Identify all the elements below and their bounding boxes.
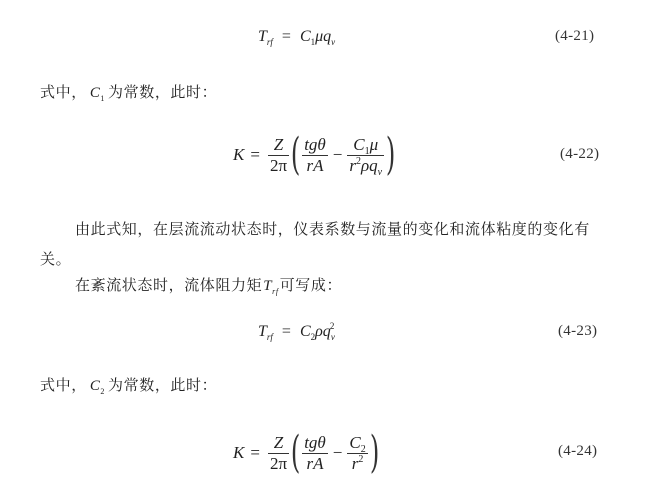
eq23-lhs: T bbox=[258, 323, 267, 340]
para2-var-sub: rf bbox=[272, 287, 279, 296]
eq22-frac3-num: C1μ bbox=[351, 135, 380, 155]
eq24-frac2-den: rA bbox=[304, 454, 325, 474]
paragraph-laminar-line2: 关。 bbox=[40, 248, 71, 269]
eq21-lhs: T bbox=[258, 28, 267, 45]
eq24-lhs: K bbox=[233, 443, 244, 463]
eq22-frac1-num: Z bbox=[272, 135, 285, 155]
equation-4-22: K = Z 2π ( tgθ rA − C1μ r2ρqv ) bbox=[233, 130, 395, 180]
where1-var-letter: C bbox=[90, 85, 101, 101]
eq24-frac-z-2pi: Z 2π bbox=[268, 433, 289, 474]
equation-4-23: Trf = C2ρqv2 bbox=[258, 323, 334, 341]
paragraph-turbulent: 在紊流状态时，流体阻力矩Trf可写成： bbox=[75, 274, 342, 295]
eq24-lparen: ( bbox=[291, 431, 300, 475]
where2-var-sub: 2 bbox=[100, 387, 105, 396]
eq24-frac3-num: C2 bbox=[347, 433, 367, 453]
para2-var-letter: T bbox=[263, 278, 272, 294]
eq23-equals: = bbox=[282, 323, 291, 340]
eq21-equals: = bbox=[282, 28, 291, 45]
para2-suffix: 可写成： bbox=[280, 276, 342, 294]
where-c2-line: 式中，C2为常数，此时： bbox=[40, 374, 217, 395]
eq22-frac-z-2pi: Z 2π bbox=[268, 135, 289, 176]
eq23-rest-sub: v bbox=[331, 332, 335, 342]
where1-suffix: 为常数，此时： bbox=[108, 83, 217, 101]
equation-4-24: K = Z 2π ( tgθ rA − C2 r2 ) bbox=[233, 428, 379, 478]
eq24-frac2-num: tgθ bbox=[302, 433, 328, 453]
where2-prefix: 式中， bbox=[40, 376, 87, 394]
where-c1-line: 式中，C1为常数，此时： bbox=[40, 81, 217, 102]
where2-var: C2 bbox=[90, 378, 105, 394]
eq21-rest-sub: v bbox=[331, 37, 335, 47]
eq22-frac3-rhoq: ρq bbox=[361, 156, 378, 175]
eq23-rest: ρq bbox=[315, 323, 331, 340]
where2-var-letter: C bbox=[90, 378, 101, 394]
equation-number-4-22: (4-22) bbox=[560, 146, 599, 163]
eq22-frac2-num: tgθ bbox=[302, 135, 328, 155]
eq24-frac3-r-sup: 2 bbox=[358, 454, 363, 465]
eq22-frac-c1mu: C1μ r2ρqv bbox=[347, 135, 384, 176]
eq21-lhs-sub: rf bbox=[267, 37, 273, 47]
para2-prefix: 在紊流状态时，流体阻力矩 bbox=[75, 276, 262, 294]
paragraph-laminar-line1: 由此式知，在层流流动状态时，仪表系数与流量的变化和流体粘度的变化有 bbox=[75, 218, 590, 239]
eq22-frac1-den: 2π bbox=[268, 156, 289, 176]
para2-var: Trf bbox=[263, 278, 279, 294]
eq24-frac3-den: r2 bbox=[350, 454, 366, 474]
eq22-frac3-c: C bbox=[353, 135, 364, 154]
eq21-c: C bbox=[300, 28, 311, 45]
eq24-frac-tg: tgθ rA bbox=[302, 433, 328, 474]
eq22-frac3-mu: μ bbox=[370, 135, 379, 154]
eq22-frac-tg: tgθ rA bbox=[302, 135, 328, 176]
eq22-frac3-den: r2ρqv bbox=[347, 156, 384, 176]
eq22-minus: − bbox=[333, 145, 343, 165]
eq24-minus: − bbox=[333, 443, 343, 463]
eq22-equals: = bbox=[250, 145, 260, 165]
eq22-lhs: K bbox=[233, 145, 244, 165]
where1-var: C1 bbox=[90, 85, 105, 101]
eq24-frac-c2-r2: C2 r2 bbox=[347, 433, 367, 474]
eq23-rest-sup: 2 bbox=[330, 321, 335, 331]
eq24-frac1-den: 2π bbox=[268, 454, 289, 474]
eq22-lparen: ( bbox=[291, 133, 300, 177]
eq21-rest: μq bbox=[315, 28, 331, 45]
equation-4-21: Trf = C1μqv bbox=[258, 28, 335, 46]
where1-prefix: 式中， bbox=[40, 83, 87, 101]
eq22-rparen: ) bbox=[386, 133, 395, 177]
eq24-frac3-c: C bbox=[349, 433, 360, 452]
eq24-rparen: ) bbox=[370, 431, 379, 475]
eq24-equals: = bbox=[250, 443, 260, 463]
eq23-c: C bbox=[300, 323, 311, 340]
where2-suffix: 为常数，此时： bbox=[108, 376, 217, 394]
eq22-frac3-v-sub: v bbox=[378, 167, 382, 178]
eq22-frac2-den: rA bbox=[304, 156, 325, 176]
eq22-frac3-r: r bbox=[349, 156, 356, 175]
eq23-lhs-sub: rf bbox=[267, 332, 273, 342]
equation-number-4-21: (4-21) bbox=[555, 28, 594, 45]
equation-number-4-24: (4-24) bbox=[558, 443, 597, 460]
equation-number-4-23: (4-23) bbox=[558, 323, 597, 340]
where1-var-sub: 1 bbox=[100, 94, 105, 103]
eq24-frac1-num: Z bbox=[272, 433, 285, 453]
